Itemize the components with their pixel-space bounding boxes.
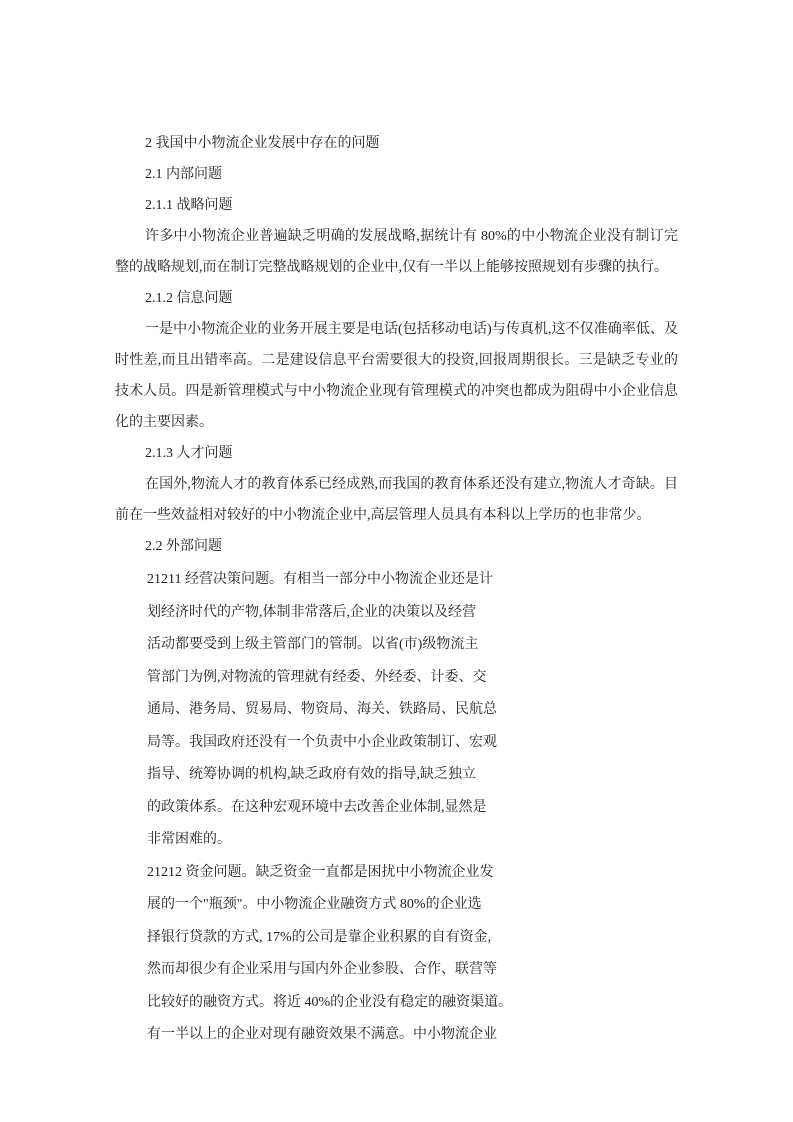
paragraph-line: 在国外,物流人才的教育体系已经成熟,而我国的教育体系还没有建立,物流人才奇缺。目 [115,469,678,500]
paragraph-line: 化的主要因素。 [115,407,681,438]
document-page: 2 我国中小物流企业发展中存在的问题 2.1 内部问题 2.1.1 战略问题 许… [0,0,793,1122]
paragraph-line: 管部门为例,对物流的管理就有经委、外经委、计委、交 [147,662,539,695]
heading-section-2-2: 2.2 外部问题 [115,531,681,562]
heading-section-2-1-1: 2.1.1 战略问题 [115,190,681,221]
paragraph-line: 比较好的融资方式。将近 40%的企业没有稳定的融资渠道。 [147,987,539,1020]
paragraph-line: 局等。我国政府还没有一个负责中小企业政策制订、宏观 [147,727,539,760]
paragraph-line: 技术人员。四是新管理模式与中小物流企业现有管理模式的冲突也都成为阻碍中小企业信息 [115,376,678,407]
paragraph-line: 许多中小物流企业普遍缺乏明确的发展战略,据统计有 80%的中小物流企业没有制订完 [115,221,678,252]
paragraph-line: 一是中小物流企业的业务开展主要是电话(包括移动电话)与传真机,这不仅准确率低、及 [115,314,678,345]
heading-section-2-1-3: 2.1.3 人才问题 [115,438,681,469]
heading-section-2-1: 2.1 内部问题 [115,159,681,190]
paragraph-line: 时性差,而且出错率高。二是建设信息平台需要很大的投资,回报周期很长。三是缺乏专业… [115,345,678,376]
section-external-problems-detail: 21211 经营决策问题。有相当一部分中小物流企业还是计 划经济时代的产物,体制… [147,564,539,1052]
paragraph-21212-start: 21212 资金问题。缺乏资金一直都是困扰中小物流企业发 [147,857,539,890]
paragraph-line: 然而却很少有企业采用与国内外企业参股、合作、联营等 [147,954,539,987]
section-internal-problems: 2 我国中小物流企业发展中存在的问题 2.1 内部问题 2.1.1 战略问题 许… [115,128,681,562]
heading-chapter-2: 2 我国中小物流企业发展中存在的问题 [115,128,681,159]
paragraph-line: 通局、港务局、贸易局、物资局、海关、铁路局、民航总 [147,694,539,727]
paragraph-line: 整的战略规划,而在制订完整战略规划的企业中,仅有一半以上能够按照规划有步骤的执行… [115,252,681,283]
paragraph-line: 非常困难的。 [147,824,539,857]
paragraph-line: 展的一个"瓶颈"。中小物流企业融资方式 80%的企业选 [147,889,539,922]
paragraph-line: 活动都要受到上级主管部门的管制。以省(市)级物流主 [147,629,539,662]
paragraph-line: 划经济时代的产物,体制非常落后,企业的决策以及经营 [147,597,539,630]
heading-section-2-1-2: 2.1.2 信息问题 [115,283,681,314]
paragraph-line: 的政策体系。在这种宏观环境中去改善企业体制,显然是 [147,792,539,825]
paragraph-21211-start: 21211 经营决策问题。有相当一部分中小物流企业还是计 [147,564,539,597]
paragraph-line: 指导、统筹协调的机构,缺乏政府有效的指导,缺乏独立 [147,759,539,792]
paragraph-line: 前在一些效益相对较好的中小物流企业中,高层管理人员具有本科以上学历的也非常少。 [115,500,681,531]
paragraph-line: 择银行贷款的方式, 17%的公司是靠企业积累的自有资金, [147,922,539,955]
paragraph-line: 有一半以上的企业对现有融资效果不满意。中小物流企业 [147,1019,539,1052]
